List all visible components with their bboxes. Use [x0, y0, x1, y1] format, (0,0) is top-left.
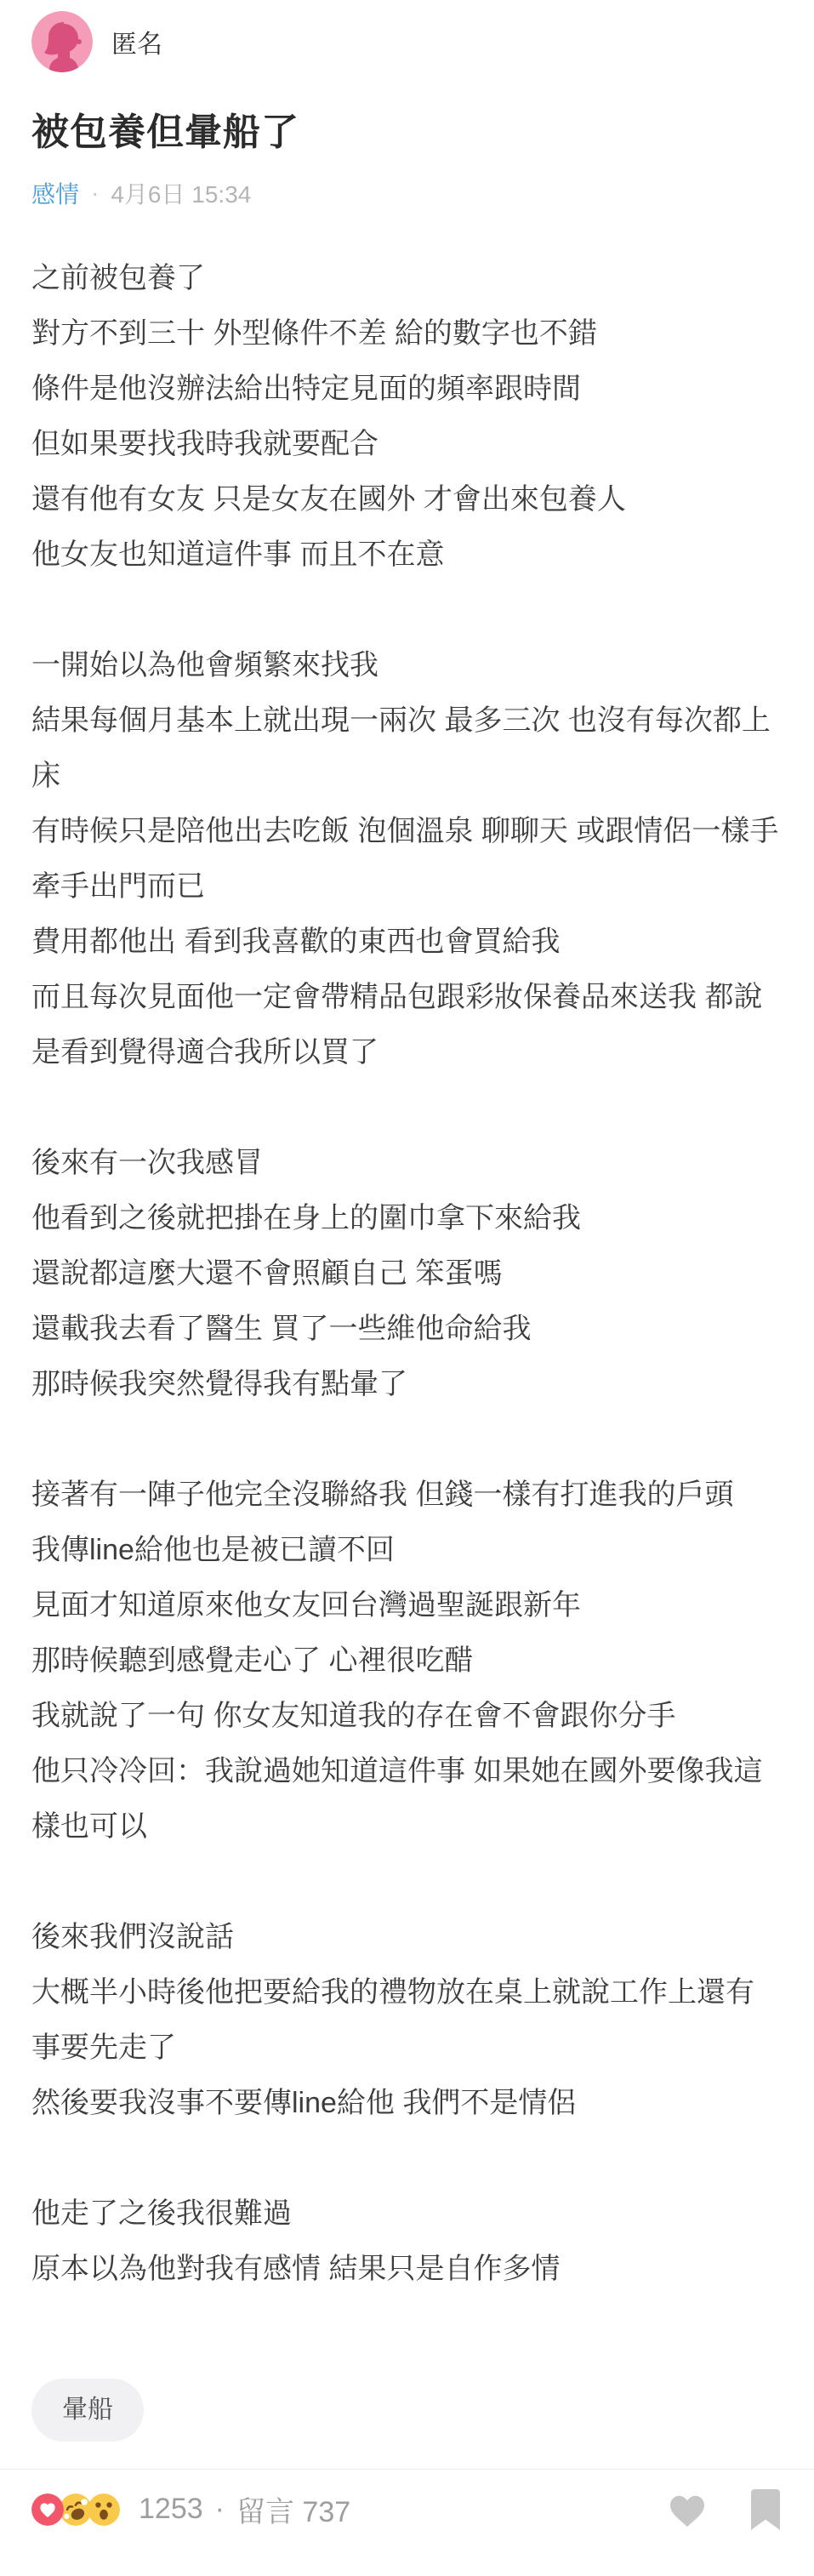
like-button[interactable]: [667, 2491, 708, 2528]
post-paragraph: 後來我們沒說話 大概半小時後他把要給我的禮物放在桌上就說工作上還有事要先走了 然…: [31, 1910, 783, 2131]
rofl-reaction-icon: [60, 2493, 92, 2526]
meta-separator: ·: [91, 180, 99, 207]
category-link[interactable]: 感情: [31, 176, 79, 210]
post-timestamp: 4月6日 15:34: [111, 176, 251, 210]
reaction-count: 1253: [139, 2493, 203, 2526]
topic-tag-chip[interactable]: 暈船: [31, 2379, 144, 2442]
post-paragraph: 一開始以為他會頻繁來找我 結果每個月基本上就出現一兩次 最多三次 也沒有每次都上…: [31, 638, 783, 1080]
post-body: 之前被包養了 對方不到三十 外型條件不差 給的數字也不錯 條件是他沒辦法給出特定…: [31, 251, 783, 2297]
heart-reaction-icon: [31, 2493, 64, 2526]
reaction-summary[interactable]: 1253 · 留言 737: [31, 2488, 350, 2530]
post-title: 被包養但暈船了: [31, 101, 783, 156]
post-meta: 感情 · 4月6日 15:34: [31, 176, 783, 210]
footer-actions: [667, 2489, 783, 2530]
post-footer: 1253 · 留言 737: [0, 2469, 814, 2552]
author-name: 匿名: [111, 23, 162, 60]
female-silhouette-icon: [31, 11, 93, 72]
post-header: 匿名: [31, 0, 783, 72]
bookmark-icon: [749, 2489, 783, 2530]
post-paragraph: 之前被包養了 對方不到三十 外型條件不差 給的數字也不錯 條件是他沒辦法給出特定…: [31, 251, 783, 583]
post-paragraph: 後來有一次我感冒 他看到之後就把掛在身上的圍巾拿下來給我 還說都這麼大還不會照顧…: [31, 1136, 783, 1412]
tag-row: 暈船: [31, 2379, 783, 2442]
page: { "header": { "author": "匿名" }, "post": …: [0, 0, 814, 2576]
post-paragraph: 他走了之後我很難過 原本以為他對我有感情 結果只是自作多情: [31, 2186, 783, 2297]
bookmark-button[interactable]: [749, 2489, 783, 2530]
post-stats: 1253 · 留言 737: [139, 2488, 350, 2530]
post-paragraph: 接著有一陣子他完全沒聯絡我 但錢一樣有打進我的戶頭 我傳line給他也是被已讀不…: [31, 1468, 783, 1855]
comment-count: 留言 737: [236, 2488, 350, 2530]
anonymous-avatar[interactable]: [31, 11, 93, 72]
heart-icon: [667, 2491, 708, 2528]
reaction-stack: [31, 2493, 120, 2526]
surprised-reaction-icon: [88, 2493, 120, 2526]
stats-separator: ·: [215, 2493, 225, 2526]
